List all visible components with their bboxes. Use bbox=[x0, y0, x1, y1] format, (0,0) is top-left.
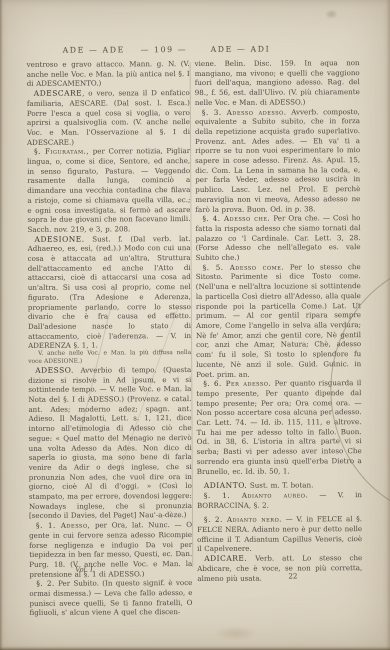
paragraph: §. Figuratam., per Correr notizia, Pigli… bbox=[27, 146, 190, 234]
headword: §. 2. bbox=[36, 579, 54, 588]
paragraph: viene. Belin. Disc. 159. In aqua non man… bbox=[195, 58, 360, 107]
scanned-page: ADE — ADE — 109 — ADE — ADI ventroso e g… bbox=[0, 0, 390, 650]
headword: ADESCARE bbox=[34, 89, 82, 98]
headword: §. 2. Adianto nero. bbox=[204, 515, 282, 524]
headword: §. 4. Adesso che. bbox=[202, 214, 270, 223]
page-number: — 109 — bbox=[141, 45, 188, 54]
page-edge-left bbox=[0, 0, 3, 650]
headword: §. 6. Per adesso. bbox=[203, 379, 271, 388]
left-column: ventroso e gravo attacco. Mann. g. N. (V… bbox=[27, 59, 193, 618]
right-column: viene. Belin. Disc. 159. In aqua non man… bbox=[195, 58, 363, 583]
paragraph: ADESSO. Avverbio di tempo. (Questa dizio… bbox=[28, 365, 192, 521]
paragraph: ADESCARE, o vero, senza il D enfatico fa… bbox=[27, 88, 190, 147]
headword: §. 3. Adesso adesso. bbox=[202, 107, 287, 116]
page-edge-right bbox=[386, 0, 390, 650]
paragraph: ADICARE. Verb. att. Lo stesso che Abdica… bbox=[197, 553, 362, 583]
headword: ADICARE. bbox=[204, 554, 247, 563]
paragraph: §. 2. Adianto nero. — V. in FELCE al §. … bbox=[197, 514, 362, 554]
signature-number: 22 bbox=[288, 571, 297, 580]
running-head-left: ADE — ADE bbox=[63, 45, 125, 54]
headword: §. 5. Adesso come. bbox=[203, 262, 284, 271]
paragraph: §. 4. Adesso che. Per Ora che. — Così ho… bbox=[195, 213, 360, 262]
paragraph: ventroso e gravo attacco. Mann. g. N. (V… bbox=[27, 59, 190, 89]
headword: §. Figuratam., bbox=[34, 147, 89, 156]
paragraph: §. 2. Per Subito. (In questo signif. è v… bbox=[29, 578, 192, 618]
paper-stain bbox=[324, 9, 338, 19]
paper-stain bbox=[214, 626, 258, 641]
paragraph: §. 1. Adianto aureo. — V. in BORRACCINA,… bbox=[197, 490, 362, 510]
running-head: ADE — ADE — 109 — ADE — ADI bbox=[0, 44, 389, 58]
headword: ADESSO. bbox=[35, 366, 74, 375]
headword: ADIANTO. bbox=[204, 481, 248, 490]
paragraph: §. 3. Adesso adesso. Avverb. composto, e… bbox=[195, 107, 361, 215]
paragraph: §. 1. Adesso, per Ora, lat. Nunc. — O ge… bbox=[29, 520, 192, 579]
headword: ADESIONE. bbox=[35, 234, 85, 243]
running-head-right: ADE — ADI bbox=[211, 45, 271, 54]
headword: §. 1. Adesso, bbox=[36, 521, 90, 530]
headword: §. 1. Adianto aureo. bbox=[204, 490, 308, 500]
page-edge-bottom bbox=[0, 646, 390, 650]
paragraph: ADESIONE. Sust. f. (Dal verb. lat. Adhae… bbox=[28, 234, 192, 351]
paragraph: V. anche nelle Voc. e Man. la più diffus… bbox=[28, 350, 191, 366]
volume-mark: Vol. I. bbox=[75, 566, 95, 574]
